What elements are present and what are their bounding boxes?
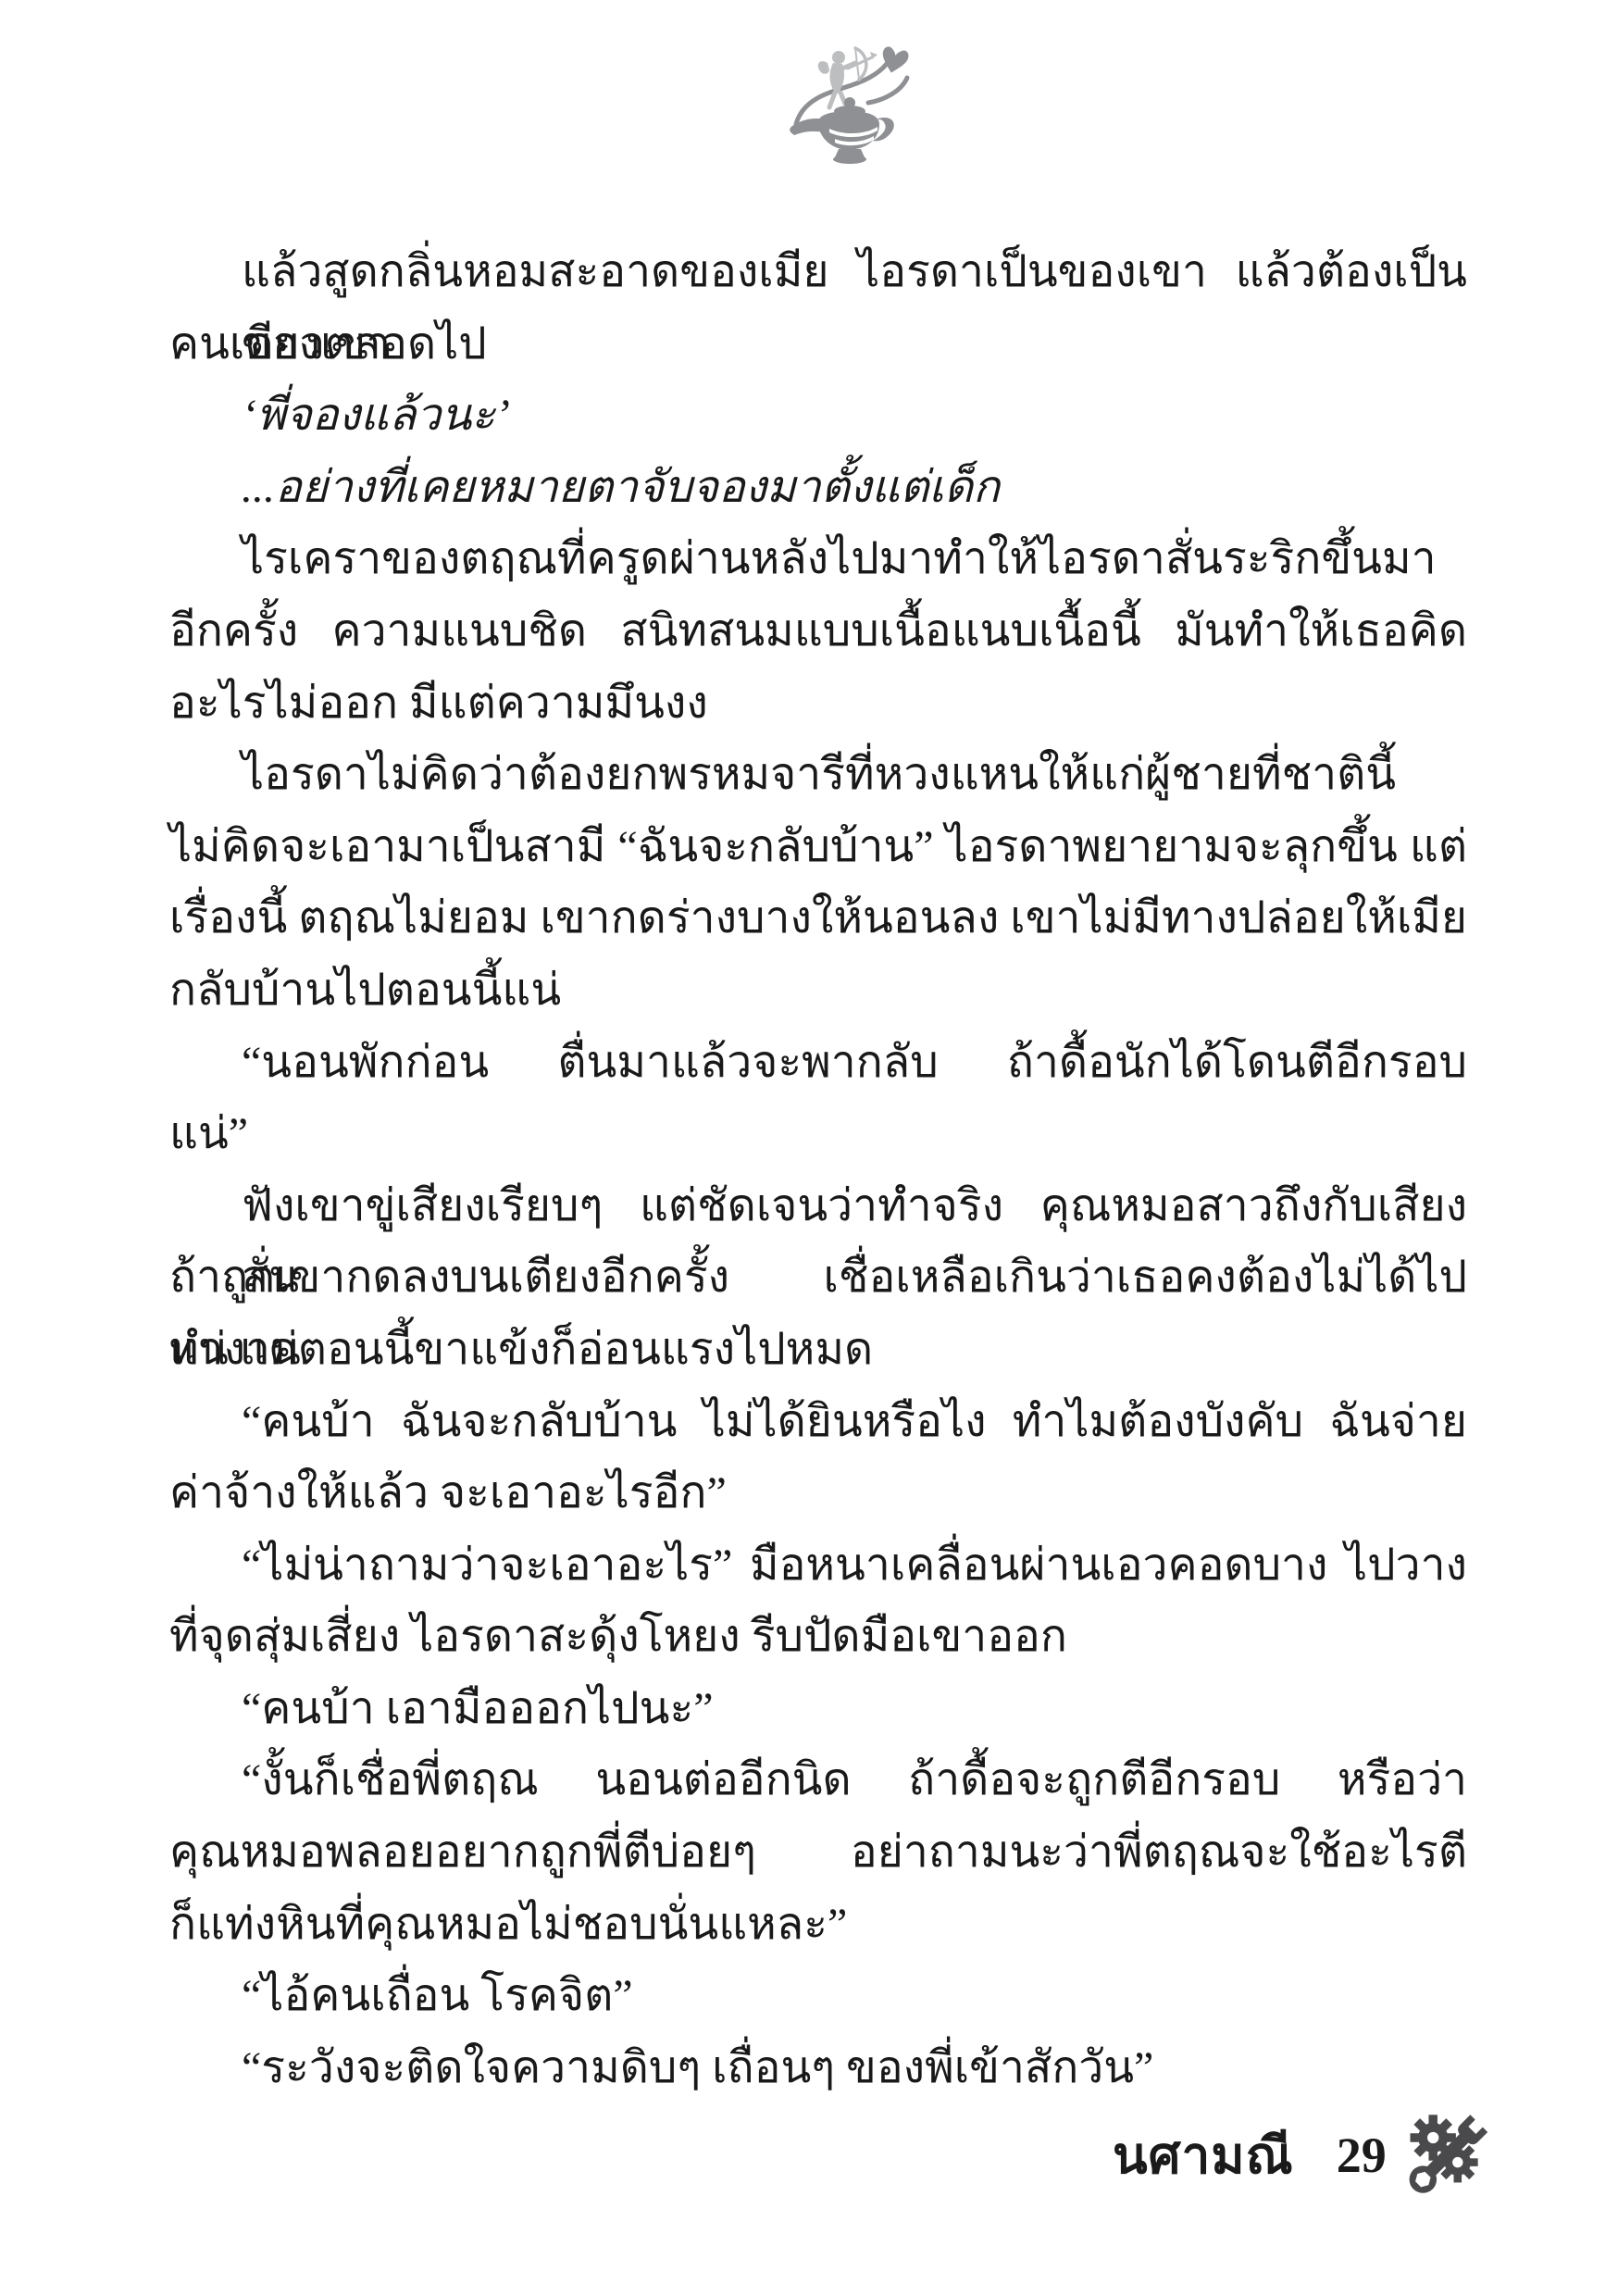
- text-line: “ไม่น่าถามว่าจะเอาอะไร” มือหนาเคลื่อนผ่า…: [169, 1529, 1467, 1602]
- book-title: นศามณี: [1113, 2115, 1294, 2196]
- book-page: แล้วสูดกลิ่นหอมสะอาดของเมีย ไอรดาเป็นของ…: [0, 0, 1618, 2296]
- text-line: “ไอ้คนเถื่อน โรคจิต”: [169, 1960, 1467, 2032]
- text-line: ไม่คิดจะเอามาเป็นสามี “ฉันจะกลับบ้าน” ไอ…: [169, 811, 1467, 883]
- page-body-text: แล้วสูดกลิ่นหอมสะอาดของเมีย ไอรดาเป็นของ…: [169, 236, 1467, 2103]
- page-footer: นศามณี 29: [1113, 2109, 1489, 2202]
- text-line: ‘พี่จองแล้วนะ’: [169, 380, 1467, 452]
- text-line: อีกครั้ง ความแนบชิด สนิทสนมแบบเนื้อแนบเน…: [169, 595, 1467, 668]
- text-line: คนเดียวตลอดไป: [169, 308, 1467, 381]
- text-line: “คนบ้า เอามือออกไปนะ”: [169, 1673, 1467, 1745]
- cupid-lamp-ornament: [783, 37, 918, 176]
- text-line: ที่จุดสุ่มเสี่ยง ไอรดาสะดุ้งโหยง รีบปัดม…: [169, 1601, 1467, 1673]
- text-line: “คนบ้า ฉันจะกลับบ้าน ไม่ได้ยินหรือไง ทำไ…: [169, 1386, 1467, 1458]
- text-line: อะไรไม่ออก มีแต่ความมึนงง: [169, 668, 1467, 740]
- text-line: ...อย่างที่เคยหมายตาจับจองมาตั้งแต่เด็ก: [169, 452, 1467, 524]
- text-line: ไอรดาไม่คิดว่าต้องยกพรหมจารีที่หวงแหนให้…: [169, 739, 1467, 811]
- text-line: คุณหมอพลอยอยากถูกพี่ตีบ่อยๆ อย่าถามนะว่า…: [169, 1816, 1467, 1889]
- text-line: “ระวังจะติดใจความดิบๆ เถื่อนๆ ของพี่เข้า…: [169, 2032, 1467, 2104]
- text-line: แน่ แค่ตอนนี้ขาแข้งก็อ่อนแรงไปหมด: [169, 1314, 1467, 1386]
- text-line: “งั้นก็เชื่อพี่ตฤณ นอนต่ออีกนิด ถ้าดื้อจ…: [169, 1744, 1467, 1816]
- page-number: 29: [1337, 2127, 1387, 2184]
- text-line: ไรเคราของตฤณที่ครูดผ่านหลังไปมาทำให้ไอรด…: [169, 523, 1467, 595]
- text-line: ค่าจ้างให้แล้ว จะเอาอะไรอีก”: [169, 1457, 1467, 1529]
- text-line: กลับบ้านไปตอนนี้แน่: [169, 955, 1467, 1027]
- text-line: เรื่องนี้ ตฤณไม่ยอม เขากดร่างบางให้นอนลง…: [169, 882, 1467, 955]
- text-line: แน่”: [169, 1098, 1467, 1170]
- heart-icon: [878, 45, 910, 76]
- text-line: แล้วสูดกลิ่นหอมสะอาดของเมีย ไอรดาเป็นของ…: [169, 236, 1467, 308]
- text-line: ก็แท่งหินที่คุณหมอไม่ชอบนั่นแหละ”: [169, 1889, 1467, 1961]
- text-line: ฟังเขาขู่เสียงเรียบๆ แต่ชัดเจนว่าทำจริง …: [169, 1170, 1467, 1242]
- cupid-lamp-ornament-svg: [783, 37, 918, 176]
- text-line: “นอนพักก่อน ตื่นมาแล้วจะพากลับ ถ้าดื้อนั…: [169, 1027, 1467, 1099]
- gear-wrench-icon: [1401, 2110, 1489, 2201]
- text-line: ถ้าถูกเขากดลงบนเตียงอีกครั้ง เชื่อเหลือเ…: [169, 1242, 1467, 1314]
